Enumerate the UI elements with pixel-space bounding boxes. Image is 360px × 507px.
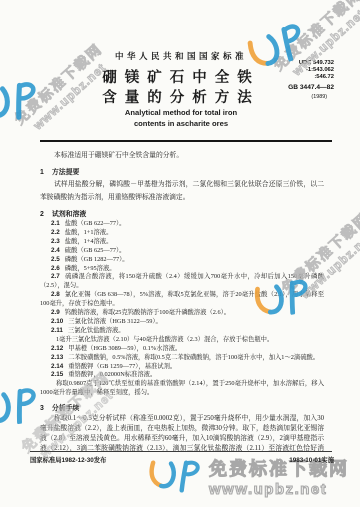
footer-rule [30,451,332,452]
reagent-item: 2.9钨酸钠溶液，称取25克钨酸钠溶于100毫升磷酸溶液（2.6）。 [40,309,324,318]
reagent-item: 2.7硫磷混合酸溶液，将150毫升硫酸（2.4）缓缓加入700毫升水中，冷却后加… [40,273,324,291]
reagent-item: 2.8氯化亚锡（GB 638—78），5%溶液，称取5克氯化亚锡，溶于20毫升盐… [40,291,324,309]
section-1-title: 方法提要 [52,169,80,176]
reagent-item: 2.5磷酸（GB 1282—77）。 [40,256,324,265]
reagent-item: 2.2盐酸，1+1溶液。 [40,229,324,238]
upbz-logo-icon [0,80,44,125]
standard-year: (1989) [288,94,334,101]
standard-title-line2: 含量的分析方法 [40,86,322,107]
section-1-number: 1 [40,169,44,176]
section-3-heading: 3分析手续 [40,402,324,412]
standard-title-line1: 硼镁矿石中全铁 [40,66,322,87]
reagent-item: 2.11三氯化钛盐酸溶液。 [40,327,324,336]
standard-subtitle-line2: contents in ascharite ores [40,119,322,128]
section-1-body: 试样用盐酸分解，磷钨酸－甲基橙为指示剂，二氯化锡和三氯化钛联合还原三价铁，以二苯… [40,178,324,204]
reagent-item: 2.1盐酸（GB 622—77）。 [40,220,324,229]
reagent-item: 2.12甲基橙（HGB 3089—59），0.1%水溶液。 [40,345,324,354]
standard-subtitle-line1: Analytical method for total iron [40,108,322,117]
section-3-number: 3 [40,405,44,412]
section-2-heading: 2试剂和溶液 [40,208,324,218]
section-3-title: 分析手续 [52,405,80,412]
upbz-logo-icon [0,386,44,430]
section-3-body: 称取0.1～0.5克分析试样（称准至0.0002克），置于250毫升烧杯中，用少… [40,414,324,452]
reagent-item: 2.13二苯胺磺酸钠，0.5%溶液，称取0.5克二苯胺磺酸钠，溶于100毫升水中… [40,354,324,363]
document-body: 本标准适用于硼镁矿石中全铁含量的分析。 1方法提要 试样用盐酸分解，磷钨酸－甲基… [40,149,324,452]
standard-codes: UDC 549.732 -1:543.062 :546.72 GB 3447.4… [288,60,334,101]
scope-paragraph: 本标准适用于硼镁矿石中全铁含量的分析。 [40,149,324,162]
section-2-title: 试剂和溶液 [52,211,86,218]
reagent-item: 2.10三氯化钛溶液（HGB 3122—59）。 [40,318,324,327]
standard-number: GB 3447.4—82 [288,84,334,91]
reagent-item-note: 称取0.9807克于120℃烘至恒重的基准重铬酸钾（2.14），置于250毫升烧… [40,380,324,398]
udc-line-3: :546.72 [288,74,334,81]
reagent-item: 2.4硫酸（GB 625—77）。 [40,247,324,256]
footer-issued-date: 国家标准局1982-12-30发布 [30,455,106,464]
footer-effective-date: 1983-10-01实施 [289,455,334,464]
document-page: 中华人民共和国国家标准 硼镁矿石中全铁 含量的分析方法 Analytical m… [0,0,360,507]
udc-line-2: -1:543.062 [288,67,334,74]
reagent-item-note: 1毫升三氯化钛溶液（2.10）与40毫升盐酸溶液（2.3）混合，存放于棕色瓶中。 [40,336,324,345]
reagent-list: 2.1盐酸（GB 622—77）。 2.2盐酸，1+1溶液。 2.3盐酸，1+4… [40,220,324,398]
standard-org-line: 中华人民共和国国家标准 [40,50,322,62]
udc-line-1: UDC 549.732 [288,60,334,67]
reagent-item: 2.3盐酸，1+4溶液。 [40,238,324,247]
header-rule [40,140,332,142]
upbz-logo-icon [146,460,204,492]
reagent-item: 2.15重铬酸钾，0.02000N标准溶液。 [40,371,324,380]
watermark-site-url: www.upbz.net [209,481,349,498]
section-1-heading: 1方法提要 [40,166,324,176]
section-2-number: 2 [40,211,44,218]
